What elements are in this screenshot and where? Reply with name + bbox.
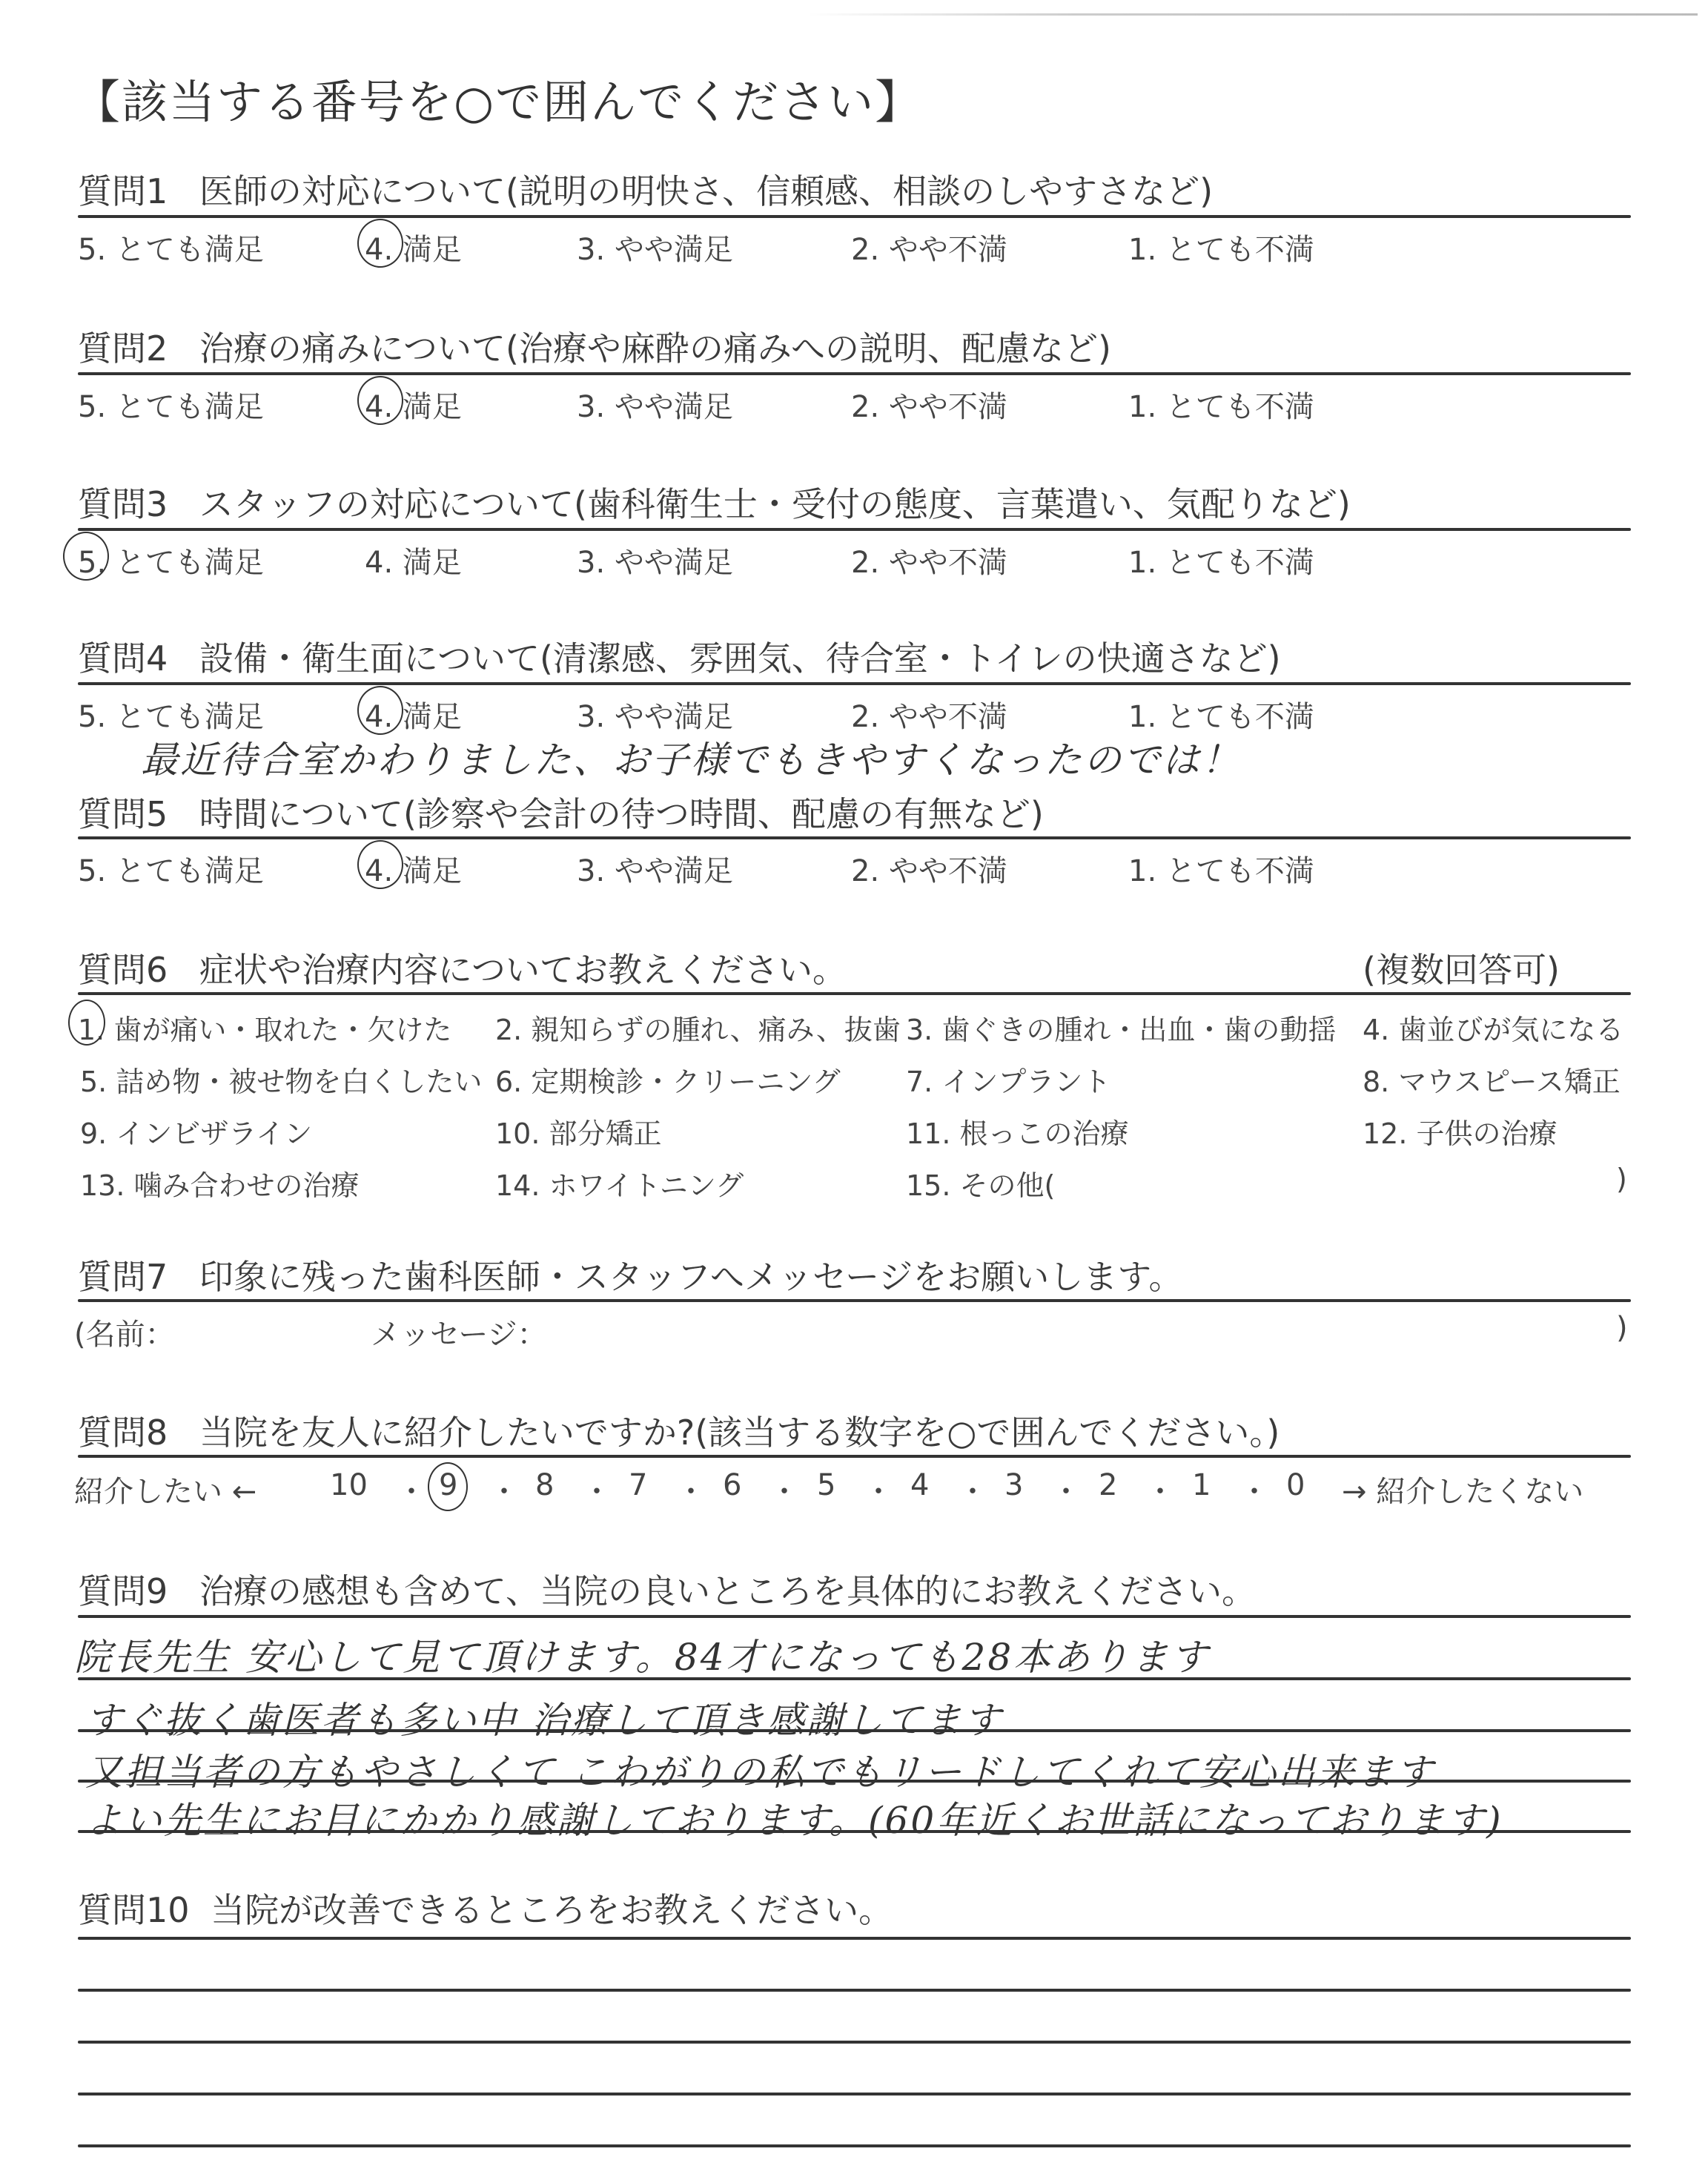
question-label: 質問7 bbox=[78, 1257, 168, 1297]
scale-left-label: 紹介したい ← bbox=[74, 1468, 256, 1510]
answer-line bbox=[78, 1677, 1631, 1680]
q6-option-8[interactable]: 8. マウスピース矯正 bbox=[1363, 1059, 1621, 1100]
divider bbox=[78, 836, 1631, 839]
option-4[interactable]: 4. 満足 bbox=[365, 539, 462, 581]
q6-option-10[interactable]: 10. 部分矯正 bbox=[495, 1111, 662, 1152]
message-field-label[interactable]: メッセージ： bbox=[371, 1311, 547, 1353]
option-2[interactable]: 2. やや不満 bbox=[851, 848, 1007, 890]
option-5[interactable]: 5. とても満足 bbox=[78, 226, 264, 268]
handwritten-answer-line-2: すぐ抜く歯医者も多い中 治療して頂き感謝してます bbox=[85, 1691, 1003, 1744]
q6-option-15[interactable]: 15. その他( bbox=[906, 1163, 1055, 1203]
scale-right-label: → 紹介したくない bbox=[1342, 1468, 1583, 1510]
divider bbox=[78, 528, 1631, 531]
selection-circle bbox=[357, 840, 403, 889]
option-5[interactable]: 5. とても満足 bbox=[78, 848, 264, 890]
selection-circle bbox=[357, 686, 403, 735]
question-label: 質問6 bbox=[78, 950, 168, 990]
multiple-answer-note: (複数回答可) bbox=[1363, 943, 1560, 992]
answer-line bbox=[78, 1830, 1631, 1833]
handwritten-comment: 最近待合室かわりました、お子様でもきやすくなったのでは！ bbox=[141, 730, 1241, 784]
question-1-heading: 質問1 医師の対応について(説明の明快さ、信頼感、相談のしやすさなど) bbox=[78, 165, 1213, 214]
q6-option-14[interactable]: 14. ホワイトニング bbox=[495, 1163, 744, 1203]
selection-circle bbox=[357, 219, 403, 268]
q6-other-close-paren: ) bbox=[1616, 1163, 1627, 1195]
divider bbox=[78, 1615, 1631, 1618]
scale-dot: ・ bbox=[958, 1468, 987, 1510]
question-text: 印象に残った歯科医師・スタッフへメッセージをお願いします。 bbox=[199, 1257, 1183, 1297]
handwritten-answer-line-4: よい先生にお目にかかり感謝しております。(60年近くお世話になっております) bbox=[85, 1791, 1503, 1844]
scale-dot: ・ bbox=[676, 1468, 706, 1510]
scale-4[interactable]: 4 bbox=[910, 1468, 929, 1502]
option-1[interactable]: 1. とても不満 bbox=[1128, 383, 1314, 426]
divider bbox=[78, 372, 1631, 375]
divider bbox=[78, 1299, 1631, 1302]
scale-8[interactable]: 8 bbox=[535, 1468, 554, 1502]
question-text: 設備・衛生面について(清潔感、雰囲気、待合室・トイレの快適さなど) bbox=[199, 638, 1281, 678]
question-9-heading: 質問9 治療の感想も含めて、当院の良いところを具体的にお教えください。 bbox=[78, 1565, 1256, 1614]
divider bbox=[78, 682, 1631, 685]
question-3-heading: 質問3 スタッフの対応について(歯科衛生士・受付の態度、言葉遣い、気配りなど) bbox=[78, 478, 1351, 526]
option-1[interactable]: 1. とても不満 bbox=[1128, 848, 1314, 890]
q6-option-11[interactable]: 11. 根っこの治療 bbox=[906, 1111, 1129, 1152]
answer-line[interactable] bbox=[78, 2041, 1631, 2044]
q6-option-2[interactable]: 2. 親知らずの腫れ、痛み、抜歯 bbox=[495, 1007, 901, 1048]
question-text: 治療の感想も含めて、当院の良いところを具体的にお教えください。 bbox=[199, 1571, 1256, 1611]
scale-5[interactable]: 5 bbox=[817, 1468, 835, 1502]
option-3[interactable]: 3. やや満足 bbox=[577, 848, 733, 890]
q6-option-5[interactable]: 5. 詰め物・被せ物を白くしたい bbox=[80, 1059, 482, 1100]
selection-circle bbox=[63, 532, 109, 581]
divider bbox=[78, 1455, 1631, 1458]
scale-dot: ・ bbox=[1145, 1468, 1175, 1510]
option-1[interactable]: 1. とても不満 bbox=[1128, 539, 1314, 581]
option-3[interactable]: 3. やや満足 bbox=[577, 693, 733, 736]
divider bbox=[78, 992, 1631, 995]
question-4-heading: 質問4 設備・衛生面について(清潔感、雰囲気、待合室・トイレの快適さなど) bbox=[78, 632, 1281, 681]
answer-line[interactable] bbox=[78, 1937, 1631, 1940]
handwritten-answer-line-1: 院長先生 安心して見て頂けます。84才になっても28本あります bbox=[74, 1628, 1210, 1681]
question-8-heading: 質問8 当院を友人に紹介したいですか?(該当する数字を○で囲んでください。) bbox=[78, 1406, 1280, 1455]
question-text: 時間について(診察や会計の待つ時間、配慮の有無など) bbox=[199, 794, 1044, 834]
name-field-label[interactable]: (名前： bbox=[74, 1311, 175, 1353]
close-paren: ) bbox=[1616, 1311, 1628, 1345]
answer-line[interactable] bbox=[78, 1989, 1631, 1992]
q6-option-4[interactable]: 4. 歯並びが気になる bbox=[1363, 1007, 1623, 1048]
answer-line[interactable] bbox=[78, 2093, 1631, 2095]
scan-edge-line bbox=[808, 13, 1698, 16]
option-3[interactable]: 3. やや満足 bbox=[577, 539, 733, 581]
scale-dot: ・ bbox=[397, 1468, 426, 1510]
q6-option-9[interactable]: 9. インビザライン bbox=[80, 1111, 312, 1152]
question-label: 質問4 bbox=[78, 638, 168, 678]
option-2[interactable]: 2. やや不満 bbox=[851, 383, 1007, 426]
option-1[interactable]: 1. とても不満 bbox=[1128, 693, 1314, 736]
option-3[interactable]: 3. やや満足 bbox=[577, 226, 733, 268]
option-5[interactable]: 5. とても満足 bbox=[78, 383, 264, 426]
q6-option-3[interactable]: 3. 歯ぐきの腫れ・出血・歯の動揺 bbox=[906, 1007, 1336, 1048]
question-label: 質問3 bbox=[78, 484, 168, 524]
scale-1[interactable]: 1 bbox=[1192, 1468, 1211, 1502]
divider bbox=[78, 215, 1631, 218]
scale-dot: ・ bbox=[1239, 1468, 1269, 1510]
question-10-heading: 質問10 当院が改善できるところをお教えください。 bbox=[78, 1883, 893, 1932]
question-text: 治療の痛みについて(治療や麻酔の痛みへの説明、配慮など) bbox=[199, 328, 1111, 369]
scale-dot: ・ bbox=[1051, 1468, 1081, 1510]
scale-dot: ・ bbox=[489, 1468, 519, 1510]
question-text: スタッフの対応について(歯科衛生士・受付の態度、言葉遣い、気配りなど) bbox=[199, 484, 1351, 524]
scale-6[interactable]: 6 bbox=[723, 1468, 741, 1502]
scale-3[interactable]: 3 bbox=[1004, 1468, 1023, 1502]
q6-option-12[interactable]: 12. 子供の治療 bbox=[1363, 1111, 1558, 1152]
question-text: 医師の対応について(説明の明快さ、信頼感、相談のしやすさなど) bbox=[199, 171, 1213, 211]
question-label: 質問1 bbox=[78, 171, 168, 211]
question-5-heading: 質問5 時間について(診察や会計の待つ時間、配慮の有無など) bbox=[78, 787, 1044, 836]
q6-option-6[interactable]: 6. 定期検診・クリーニング bbox=[495, 1059, 841, 1100]
option-1[interactable]: 1. とても不満 bbox=[1128, 226, 1314, 268]
question-7-heading: 質問7 印象に残った歯科医師・スタッフへメッセージをお願いします。 bbox=[78, 1250, 1183, 1299]
scale-0[interactable]: 0 bbox=[1286, 1468, 1305, 1502]
question-text: 当院を友人に紹介したいですか?(該当する数字を○で囲んでください。) bbox=[199, 1413, 1280, 1453]
selection-circle bbox=[357, 376, 403, 425]
scale-dot: ・ bbox=[582, 1468, 612, 1510]
option-2[interactable]: 2. やや不満 bbox=[851, 539, 1007, 581]
option-2[interactable]: 2. やや不満 bbox=[851, 226, 1007, 268]
answer-line bbox=[78, 1729, 1631, 1732]
scale-2[interactable]: 2 bbox=[1099, 1468, 1117, 1502]
question-label: 質問9 bbox=[78, 1571, 168, 1611]
answer-line[interactable] bbox=[78, 2144, 1631, 2147]
question-label: 質問5 bbox=[78, 794, 168, 834]
question-6-heading: 質問6 症状や治療内容についてお教えください。 bbox=[78, 943, 847, 992]
handwritten-answer-line-3: 又担当者の方もやさしくて こわがりの私でもリードしてくれて安心出来ます bbox=[85, 1743, 1435, 1796]
scale-dot: ・ bbox=[864, 1468, 893, 1510]
option-3[interactable]: 3. やや満足 bbox=[577, 383, 733, 426]
question-2-heading: 質問2 治療の痛みについて(治療や麻酔の痛みへの説明、配慮など) bbox=[78, 322, 1111, 371]
answer-line bbox=[78, 1780, 1631, 1783]
option-2[interactable]: 2. やや不満 bbox=[851, 693, 1007, 736]
question-text: 当院が改善できるところをお教えください。 bbox=[211, 1890, 893, 1930]
selection-circle bbox=[68, 1000, 105, 1046]
q6-option-7[interactable]: 7. インプラント bbox=[906, 1059, 1110, 1100]
question-label: 質問2 bbox=[78, 328, 168, 369]
q6-option-13[interactable]: 13. 噛み合わせの治療 bbox=[80, 1163, 360, 1203]
question-text: 症状や治療内容についてお教えください。 bbox=[199, 950, 847, 990]
page-title: 【該当する番号を○で囲んでください】 bbox=[74, 65, 922, 131]
scale-7[interactable]: 7 bbox=[629, 1468, 647, 1502]
question-label: 質問10 bbox=[78, 1890, 190, 1930]
scale-dot: ・ bbox=[769, 1468, 799, 1510]
q6-option-1[interactable]: 1. 歯が痛い・取れた・欠けた bbox=[78, 1007, 451, 1048]
option-5[interactable]: 5. とても満足 bbox=[78, 693, 264, 736]
question-label: 質問8 bbox=[78, 1413, 168, 1453]
scale-10[interactable]: 10 bbox=[330, 1468, 368, 1502]
selection-circle bbox=[428, 1462, 468, 1511]
